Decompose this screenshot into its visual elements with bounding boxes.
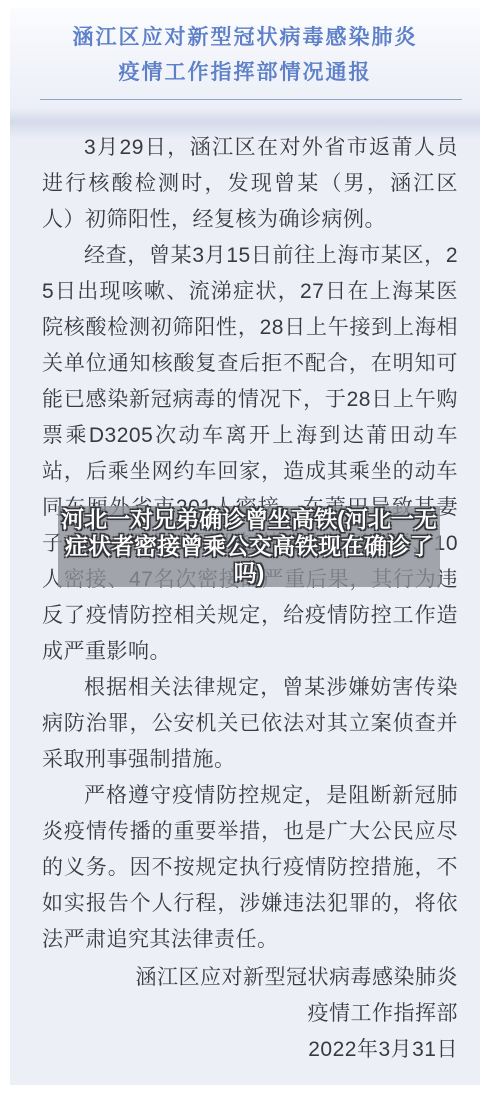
notice-card: 涵江区应对新型冠状病毒感染肺炎 疫情工作指挥部情况通报 3月29日，涵江区在对外… <box>10 8 480 1085</box>
title-divider <box>40 99 462 100</box>
notice-title-line2: 疫情工作指挥部情况通报 <box>10 55 480 90</box>
notice-screenshot: 涵江区应对新型冠状病毒感染肺炎 疫情工作指挥部情况通报 3月29日，涵江区在对外… <box>0 0 500 1094</box>
notice-title-line1: 涵江区应对新型冠状病毒感染肺炎 <box>10 20 480 55</box>
caption-overlay-text: 河北一对兄弟确诊曾坐高铁(河北一无症状者密接曾乘公交高铁现在确诊了吗) <box>58 506 440 587</box>
signature-org-line1: 涵江区应对新型冠状病毒感染肺炎 <box>42 960 458 996</box>
notice-title: 涵江区应对新型冠状病毒感染肺炎 疫情工作指挥部情况通报 <box>10 8 480 90</box>
notice-paragraph-1: 3月29日，涵江区在对外省市返莆人员进行核酸检测时，发现曾某（男，涵江区人）初筛… <box>42 130 458 238</box>
notice-signature: 涵江区应对新型冠状病毒感染肺炎 疫情工作指挥部 2022年3月31日 <box>42 960 458 1068</box>
notice-paragraph-3: 根据相关法律规定，曾某涉嫌妨害传染病防治罪，公安机关已依法对其立案侦查并采取刑事… <box>42 670 458 778</box>
notice-paragraph-4: 严格遵守疫情防控规定，是阻断新冠肺炎疫情传播的重要举措，也是广大公民应尽的义务。… <box>42 778 458 958</box>
signature-date: 2022年3月31日 <box>42 1032 458 1068</box>
signature-org-line2: 疫情工作指挥部 <box>42 996 458 1032</box>
notice-paragraph-2: 经查，曾某3月15日前往上海市某区，25日出现咳嗽、流涕症状，27日在上海某医院… <box>42 238 458 670</box>
caption-overlay: 河北一对兄弟确诊曾坐高铁(河北一无症状者密接曾乘公交高铁现在确诊了吗) <box>58 506 440 587</box>
